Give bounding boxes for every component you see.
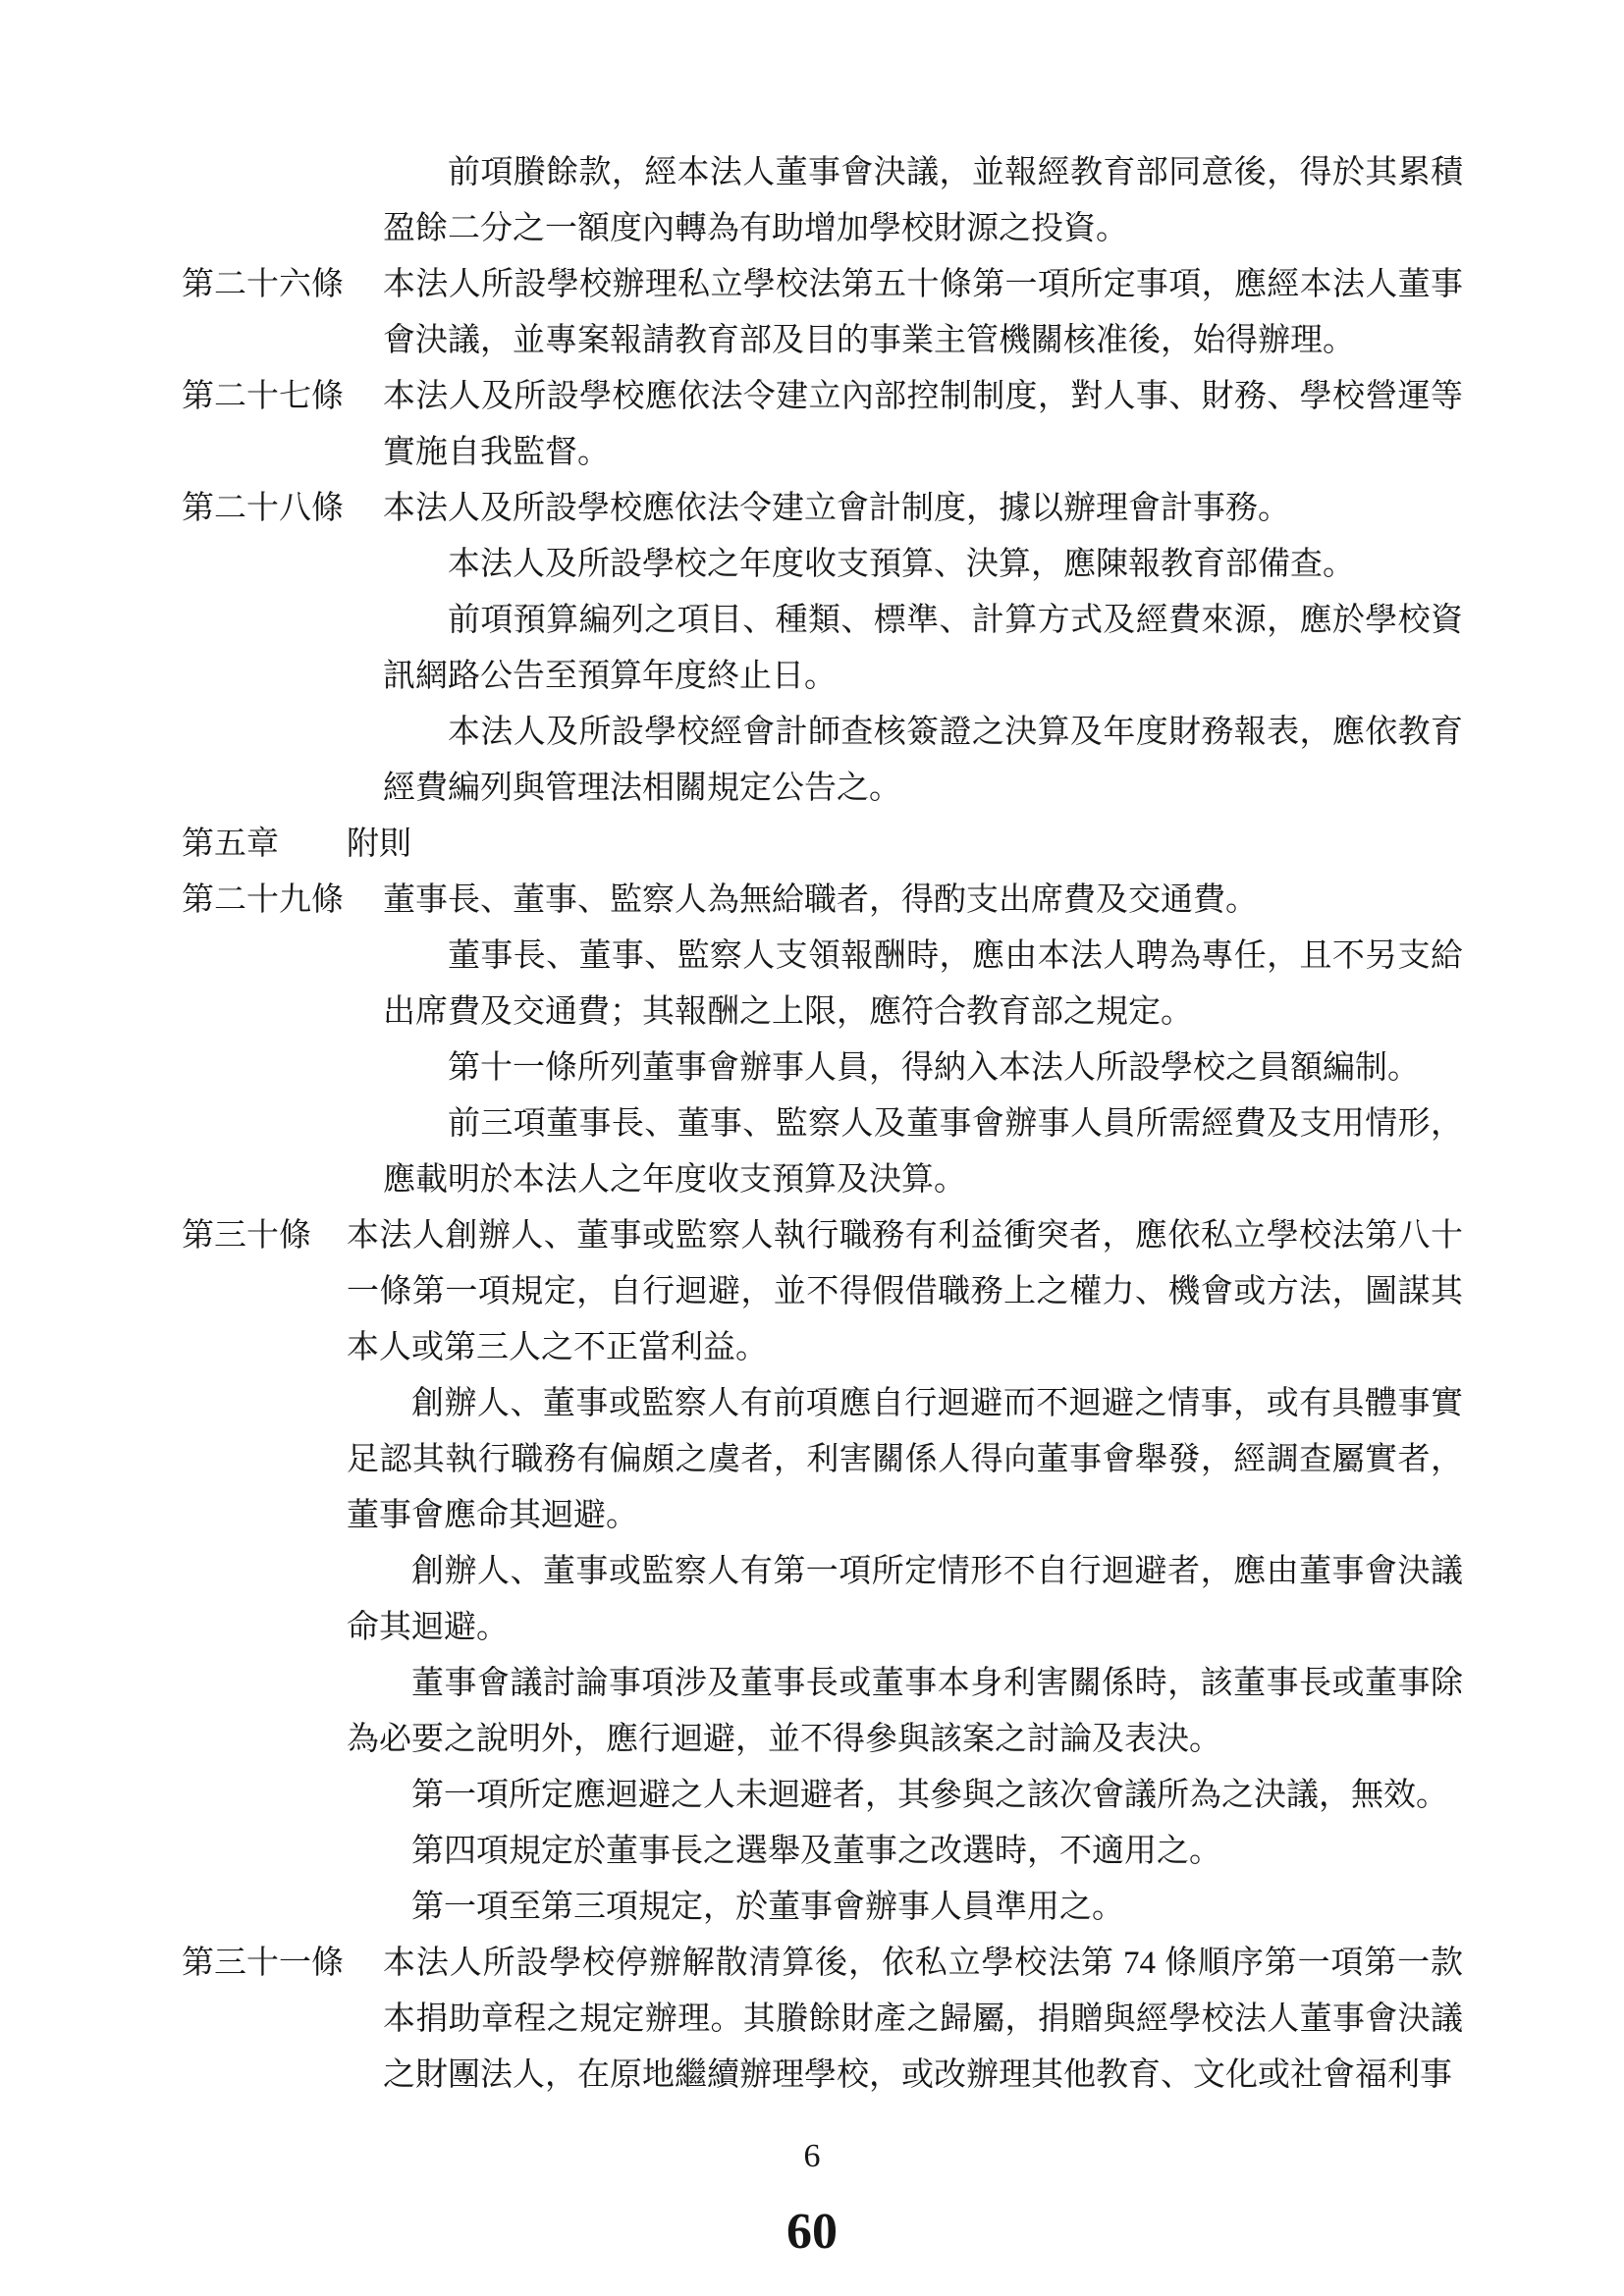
article-paragraph: 本法人所設學校辦理私立學校法第五十條第一項所定事項，應經本法人董事會決議，並專案… <box>383 257 1463 369</box>
article-paragraph: 本法人及所設學校之年度收支預算、決算，應陳報教育部備查。 <box>383 537 1463 593</box>
article-number: 第二十六條 <box>182 257 344 313</box>
article-number: 第二十八條 <box>182 481 344 537</box>
article-27: 第二十七條 本法人及所設學校應依法令建立內部控制制度，對人事、財務、學校營運等實… <box>182 369 1463 481</box>
article-31: 第三十一條 本法人所設學校停辦解散清算後，依私立學校法第 74 條順序第一項第一… <box>182 1936 1463 2104</box>
article-number: 第二十九條 <box>182 873 344 929</box>
article-paragraph: 創辦人、董事或監察人有前項應自行迴避而不迴避之情事，或有具體事實足認其執行職務有… <box>347 1376 1463 1544</box>
article-paragraph: 第十一條所列董事會辦事人員，得納入本法人所設學校之員額編制。 <box>383 1041 1463 1096</box>
page-number: 6 <box>0 2140 1624 2173</box>
chapter-number: 第五章 <box>182 817 279 873</box>
article-paragraph: 本法人及所設學校經會計師查核簽證之決算及年度財務報表，應依教育經費編列與管理法相… <box>383 705 1463 817</box>
article-paragraph: 第四項規定於董事長之選舉及董事之改選時，不適用之。 <box>347 1824 1463 1880</box>
chapter-heading: 第五章 附則 <box>182 817 1463 873</box>
scanned-document-page: 前項賸餘款，經本法人董事會決議，並報經教育部同意後，得於其累積盈餘二分之一額度內… <box>0 0 1624 2296</box>
article-28: 第二十八條 本法人及所設學校應依法令建立會計制度，據以辦理會計事務。 本法人及所… <box>182 481 1463 817</box>
article-paragraph: 第一項所定應迴避之人未迴避者，其參與之該次會議所為之決議，無效。 <box>347 1768 1463 1824</box>
article-30: 第三十條 本法人創辦人、董事或監察人執行職務有利益衝突者，應依私立學校法第八十一… <box>182 1208 1463 1936</box>
article-paragraph: 前三項董事長、董事、監察人及董事會辦事人員所需經費及支用情形，應載明於本法人之年… <box>383 1096 1463 1208</box>
document-text-block: 前項賸餘款，經本法人董事會決議，並報經教育部同意後，得於其累積盈餘二分之一額度內… <box>182 145 1463 2104</box>
article-paragraph: 董事長、董事、監察人為無給職者，得酌支出席費及交通費。 <box>383 873 1463 929</box>
article-26: 第二十六條 本法人所設學校辦理私立學校法第五十條第一項所定事項，應經本法人董事會… <box>182 257 1463 369</box>
article-paragraph: 創辦人、董事或監察人有第一項所定情形不自行迴避者，應由董事會決議命其迴避。 <box>347 1544 1463 1656</box>
article-paragraph: 本法人創辦人、董事或監察人執行職務有利益衝突者，應依私立學校法第八十一條第一項規… <box>347 1208 1463 1376</box>
article-paragraph: 本法人及所設學校應依法令建立會計制度，據以辦理會計事務。 <box>383 481 1463 537</box>
article-29: 第二十九條 董事長、董事、監察人為無給職者，得酌支出席費及交通費。 董事長、董事… <box>182 873 1463 1208</box>
article-paragraph: 前項預算編列之項目、種類、標準、計算方式及經費來源，應於學校資訊網路公告至預算年… <box>383 593 1463 705</box>
volume-page-number-stamp: 60 <box>0 2207 1624 2258</box>
article-paragraph: 第一項至第三項規定，於董事會辦事人員準用之。 <box>347 1880 1463 1936</box>
article-paragraph: 本法人所設學校停辦解散清算後，依私立學校法第 74 條順序第一項第一款本捐助章程… <box>383 1936 1463 2104</box>
intro-continuation-section: 前項賸餘款，經本法人董事會決議，並報經教育部同意後，得於其累積盈餘二分之一額度內… <box>182 145 1463 257</box>
article-number: 第二十七條 <box>182 369 344 425</box>
article-number: 第三十一條 <box>182 1936 344 1992</box>
article-number: 第三十條 <box>182 1208 311 1264</box>
article-paragraph: 本法人及所設學校應依法令建立內部控制制度，對人事、財務、學校營運等實施自我監督。 <box>383 369 1463 481</box>
article-paragraph: 董事長、董事、監察人支領報酬時，應由本法人聘為專任，且不另支給出席費及交通費；其… <box>383 929 1463 1041</box>
article-paragraph: 董事會議討論事項涉及董事長或董事本身利害關係時，該董事長或董事除為必要之說明外，… <box>347 1656 1463 1768</box>
intro-paragraph: 前項賸餘款，經本法人董事會決議，並報經教育部同意後，得於其累積盈餘二分之一額度內… <box>383 145 1463 257</box>
chapter-title: 附則 <box>347 827 411 862</box>
